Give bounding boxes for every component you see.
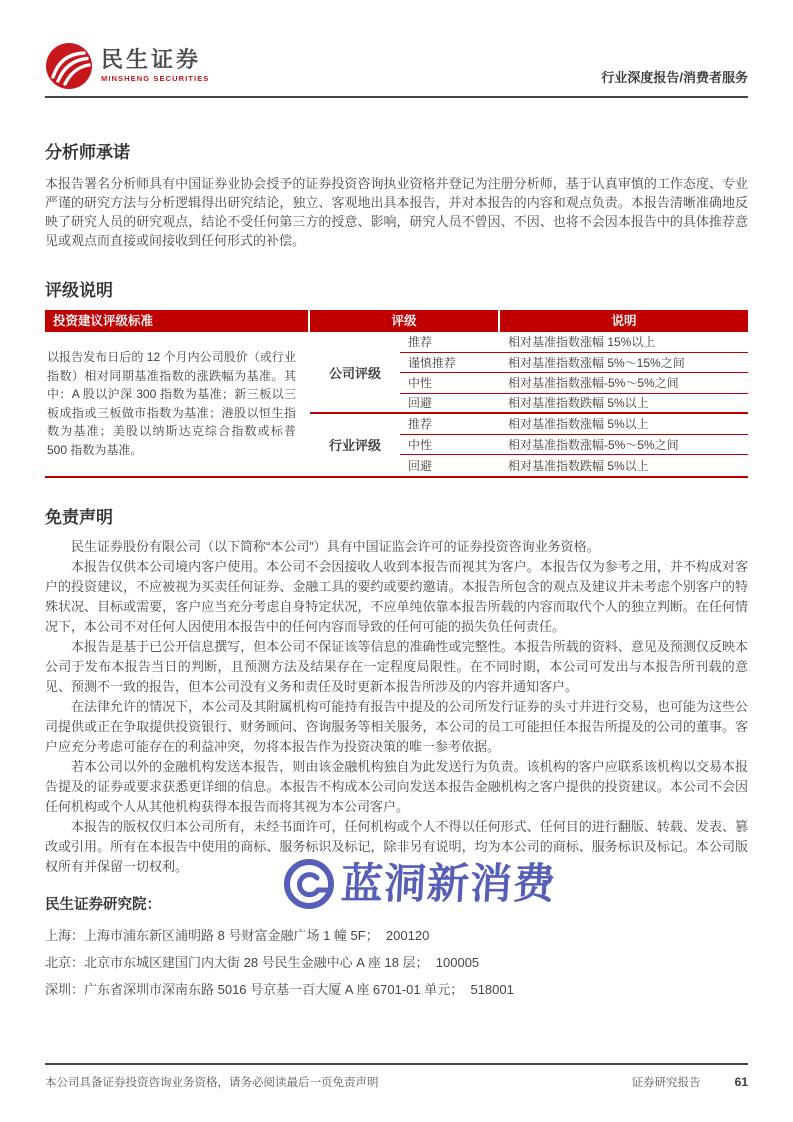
rating-description: 相对基准指数涨幅 5%以上 [500,414,748,435]
rating-label: 回避 [400,394,500,415]
rating-label: 回避 [400,455,500,476]
footer-disclaimer-note: 本公司具备证券投资咨询业务资格，请务必阅读最后一页免责声明 [45,1074,379,1090]
analyst-commitment-section: 分析师承诺 本报告署名分析师具有中国证券业协会授予的证券投资咨询执业资格并登记为… [45,138,748,250]
report-page: 民生证券 MINSHENG SECURITIES 行业深度报告/消费者服务 分析… [0,0,793,1122]
disclaimer-paragraph: 民生证券股份有限公司（以下简称“本公司”）具有中国证监会许可的证券投资咨询业务资… [45,537,748,557]
report-category: 行业深度报告/消费者服务 [601,67,748,90]
logo-cn-text: 民生证券 [101,49,209,71]
rating-description: 相对基准指数涨幅-5%～5%之间 [500,435,748,456]
rating-label: 推荐 [400,414,500,435]
disclaimer-paragraph: 本报告仅供本公司境内客户使用。本公司不会因接收人收到本报告而视其为客户。本报告仅… [45,557,748,637]
section-title-disclaimer: 免责声明 [45,503,748,528]
watermark-logo-icon [283,858,335,910]
rating-table: 投资建议评级标准 评级 说明 以报告发布日后的 12 个月内公司股价（或行业指数… [45,310,748,478]
watermark-text: 蓝洞新消费 [340,863,557,905]
office-address-shenzhen: 深圳：广东省深圳市深南东路 5016 号京基一百大厦 A 座 6701-01 单… [45,976,748,1003]
rating-label: 推荐 [400,332,500,353]
rating-label: 中性 [400,435,500,456]
section-title-analyst: 分析师承诺 [45,138,748,163]
page-header: 民生证券 MINSHENG SECURITIES 行业深度报告/消费者服务 [45,0,748,98]
page-footer: 本公司具备证券投资咨询业务资格，请务必阅读最后一页免责声明 证券研究报告 61 [45,1063,748,1090]
rating-label: 中性 [400,373,500,394]
disclaimer-section: 免责声明 民生证券股份有限公司（以下简称“本公司”）具有中国证监会许可的证券投资… [45,503,748,877]
rating-description: 相对基准指数跌幅 5%以上 [500,455,748,476]
page-number: 61 [735,1075,748,1089]
rating-description: 相对基准指数涨幅 5%～15%之间 [500,353,748,374]
disclaimer-paragraph: 在法律允许的情况下，本公司及其附属机构可能持有报告中提及的公司所发行证券的头寸并… [45,697,748,757]
rating-criteria-text: 以报告发布日后的 12 个月内公司股价（或行业指数）相对同期基准指数的涨跌幅为基… [45,332,310,476]
rating-section: 评级说明 投资建议评级标准 评级 说明 以报告发布日后的 12 个月内公司股价（… [45,276,748,478]
logo-en-text: MINSHENG SECURITIES [101,75,209,83]
disclaimer-paragraph: 本报告是基于已公开信息撰写，但本公司不保证该等信息的准确性或完整性。本报告所载的… [45,637,748,697]
rating-description: 相对基准指数涨幅-5%～5%之间 [500,373,748,394]
watermark: 蓝洞新消费 [283,858,556,910]
minsheng-logo-icon [45,42,93,90]
group-industry-rating: 行业评级 [310,414,400,476]
rating-label: 谨慎推荐 [400,353,500,374]
minsheng-logo: 民生证券 MINSHENG SECURITIES [45,42,209,90]
office-address-shanghai: 上海：上海市浦东新区浦明路 8 号财富金融广场 1 幢 5F； 200120 [45,922,748,949]
group-company-rating: 公司评级 [310,332,400,414]
table-header-rating: 评级 [310,310,500,332]
rating-description: 相对基准指数跌幅 5%以上 [500,394,748,415]
rating-description: 相对基准指数涨幅 15%以上 [500,332,748,353]
analyst-commitment-text: 本报告署名分析师具有中国证券业协会授予的证券投资咨询执业资格并登记为注册分析师，… [45,174,748,250]
section-title-rating: 评级说明 [45,276,748,301]
office-address-beijing: 北京：北京市东城区建国门内大街 28 号民生金融中心 A 座 18 层； 100… [45,949,748,976]
disclaimer-paragraph: 若本公司以外的金融机构发送本报告，则由该金融机构独自为此发送行为负责。该机构的客… [45,757,748,817]
table-header-criteria: 投资建议评级标准 [45,310,310,332]
table-header-description: 说明 [500,310,748,332]
footer-report-type: 证券研究报告 [632,1074,701,1090]
